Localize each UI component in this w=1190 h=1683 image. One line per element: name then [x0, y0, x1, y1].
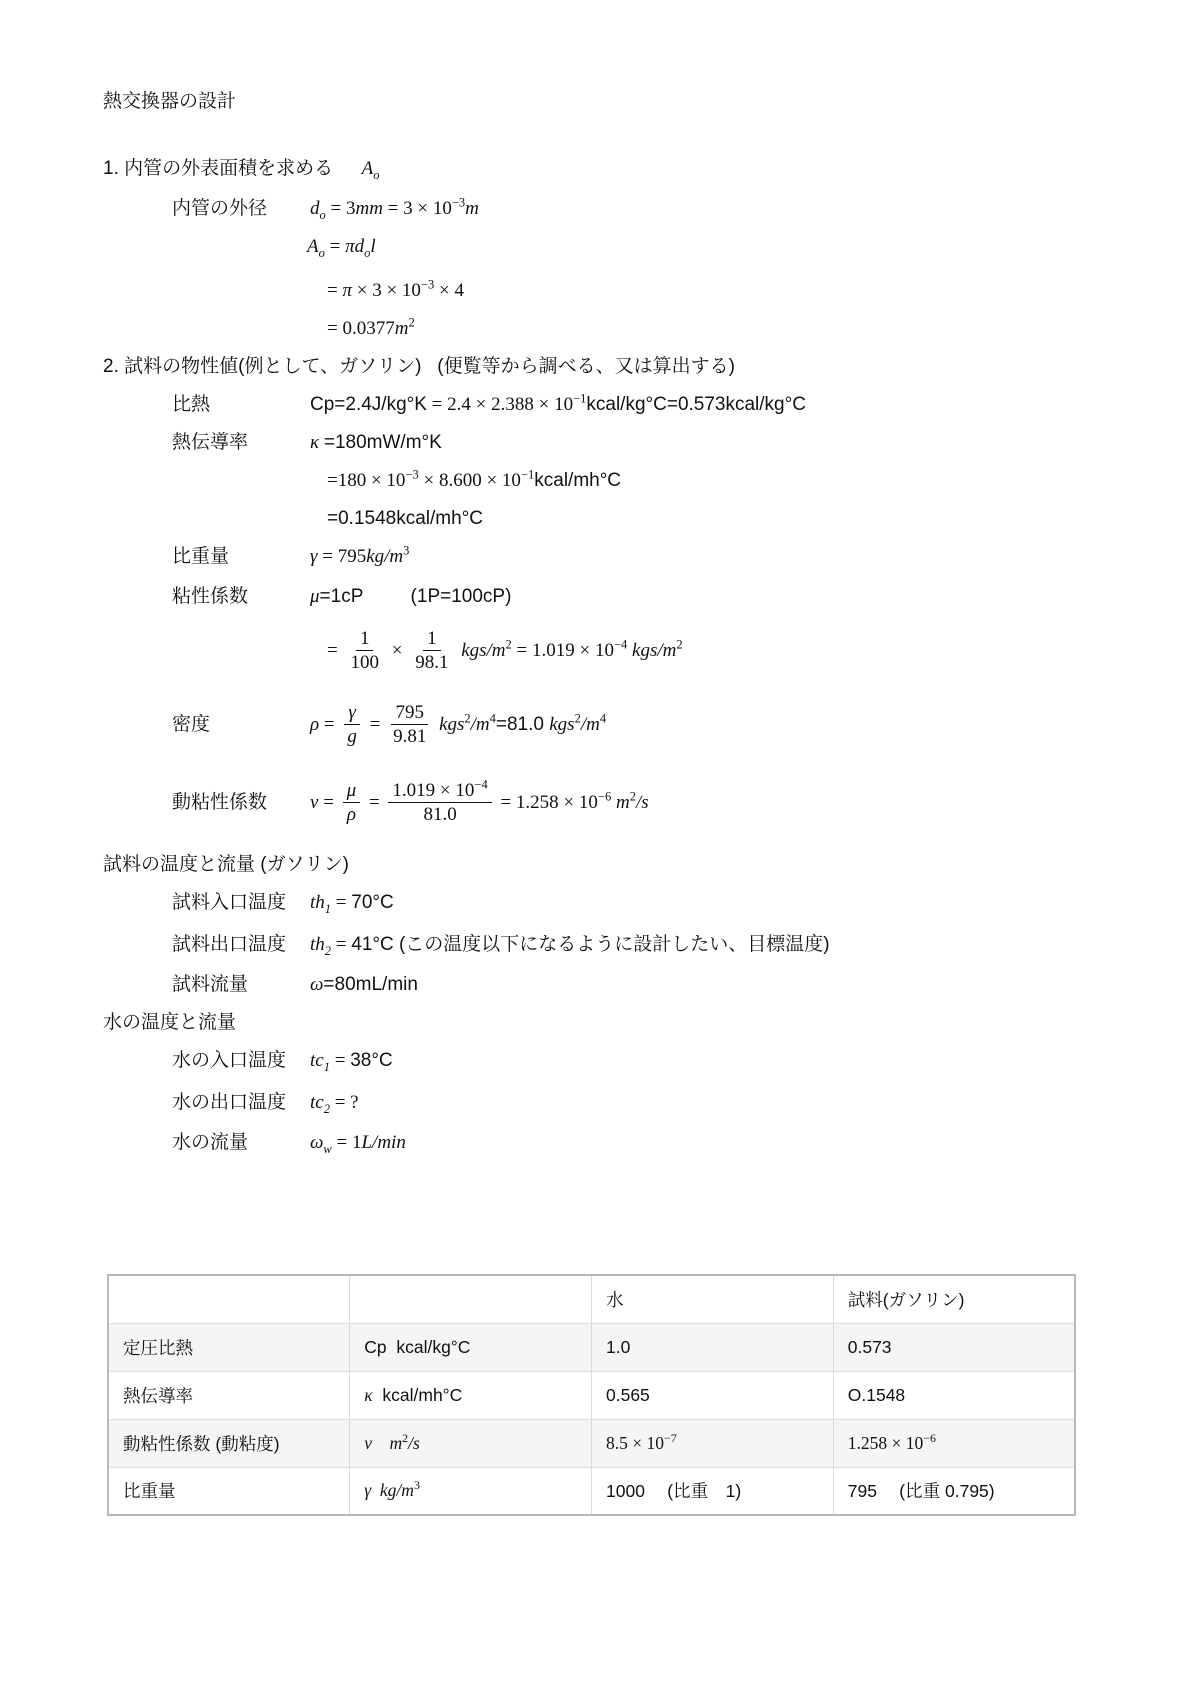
- text-segment: m: [465, 198, 479, 219]
- text-segment: /m: [581, 714, 600, 735]
- text-segment: = 2.4 × 2.388 × 10: [427, 394, 573, 415]
- text-segment: /s: [636, 792, 649, 813]
- section-2-heading: 2. 試料の物性値(例として、ガソリン) (便覧等から調べる、又は算出する): [103, 348, 1130, 386]
- text-segment: × 3 × 10: [352, 280, 421, 301]
- subscript: w: [323, 1142, 331, 1156]
- formula: ωw = 1L/min: [310, 1132, 406, 1153]
- text-segment: =180mW/m°K: [324, 432, 442, 453]
- doc-title: 熱交換器の設計: [103, 84, 1130, 120]
- formula: = 1100 × 198.1 kgs/m2 = 1.019 × 10−4 kgs…: [327, 640, 683, 661]
- document-page: 熱交換器の設計1. 内管の外表面積を求める Ao内管の外径do = 3mm = …: [0, 0, 1190, 1683]
- text-segment: kcal/kg°C=0.573kcal/kg°C: [586, 394, 806, 415]
- superscript: −6: [923, 1431, 936, 1445]
- table-cell: O.1548: [833, 1371, 1075, 1419]
- table-cell: Cp kcal/kg°C: [350, 1323, 592, 1371]
- text-segment: =80mL/min: [323, 974, 418, 995]
- superscript: −1: [521, 468, 534, 482]
- fraction: μρ: [343, 779, 361, 828]
- table-cell: 定圧比熱: [108, 1323, 350, 1371]
- text-segment: m: [395, 318, 409, 339]
- formula: th1 = 70°C: [310, 892, 394, 913]
- text-segment: 795: [395, 702, 424, 723]
- text-segment: 795 (比重 0.795): [848, 1481, 995, 1501]
- line-label: 動粘性係数: [172, 768, 310, 838]
- text-segment: 動粘性係数 (動粘度): [123, 1434, 280, 1454]
- text-segment: × 8.600 × 10: [419, 470, 521, 491]
- line-sample-inlet-temp: 試料入口温度th1 = 70°C: [103, 884, 1130, 922]
- superscript: −4: [614, 638, 627, 652]
- text-segment: =180 × 10: [327, 470, 405, 491]
- section-1-heading: 1. 内管の外表面積を求める Ao: [103, 150, 1130, 188]
- text-segment: Cp kcal/kg°C: [364, 1337, 470, 1357]
- superscript: 3: [414, 1478, 420, 1492]
- text-segment: ρ: [310, 714, 319, 735]
- text-segment: 水の温度と流量: [103, 1012, 236, 1033]
- text-segment: =81.0: [496, 714, 549, 735]
- text-segment: 2. 試料の物性値(例として、ガソリン) (便覧等から調べる、又は算出する): [103, 356, 735, 377]
- text-segment: γ: [310, 546, 318, 567]
- text-segment: kgs/m: [627, 640, 676, 661]
- text-segment: 0.573: [848, 1337, 892, 1357]
- text-segment: =0.1548kcal/mh°C: [327, 508, 483, 529]
- text-segment: kcal/mh°C: [373, 1385, 463, 1405]
- text-segment: kg/m: [371, 1480, 414, 1500]
- text-segment: A: [362, 158, 374, 179]
- text-segment: 定圧比熱: [123, 1338, 193, 1358]
- text-segment: = 795: [318, 546, 367, 567]
- line-density: 密度ρ = γg = 7959.81 kgs2/m4=81.0 kgs2/m4: [103, 690, 1130, 760]
- fraction: 198.1: [411, 627, 452, 676]
- line-specific-weight: 比重量γ = 795kg/m3: [103, 538, 1130, 576]
- text-segment: tc: [310, 1092, 324, 1113]
- text-segment: = 1.258 × 10: [496, 792, 598, 813]
- properties-table-wrap: 水試料(ガソリン) 定圧比熱Cp kcal/kg°C1.00.573熱伝導率κ …: [107, 1274, 1130, 1516]
- text-segment: =: [325, 236, 345, 257]
- superscript: −3: [452, 196, 465, 210]
- text-segment: tc: [310, 1050, 324, 1071]
- text-segment: kcal/mh°C: [534, 470, 621, 491]
- fraction: γg: [343, 701, 361, 750]
- formula: 熱交換器の設計: [103, 91, 236, 112]
- line-specific-heat: 比熱Cp=2.4J/kg°K = 2.4 × 2.388 × 10−1kcal/…: [103, 386, 1130, 424]
- table-cell: 8.5 × 10−7: [592, 1419, 834, 1467]
- line-water-outlet-temp: 水の出口温度tc2 = ?: [103, 1084, 1130, 1122]
- text-segment: = ?: [330, 1092, 359, 1113]
- text-segment: ρ: [347, 804, 356, 825]
- formula: ω=80mL/min: [310, 974, 418, 995]
- line-label: 粘性係数: [172, 578, 310, 616]
- text-segment: πd: [345, 236, 364, 257]
- table-cell: 0.573: [833, 1323, 1075, 1371]
- text-segment: 1.0: [606, 1337, 630, 1357]
- text-segment: κ: [364, 1385, 372, 1405]
- properties-table-head: 水試料(ガソリン): [108, 1275, 1075, 1323]
- text-segment: d: [310, 198, 320, 219]
- document-body: 熱交換器の設計1. 内管の外表面積を求める Ao内管の外径do = 3mm = …: [103, 84, 1130, 1162]
- line-ao-formula: Ao = πdol: [103, 228, 1130, 266]
- line-viscosity-calc: = 1100 × 198.1 kgs/m2 = 1.019 × 10−4 kgs…: [103, 616, 1130, 686]
- formula: 水の温度と流量: [103, 1012, 236, 1033]
- formula: =0.1548kcal/mh°C: [327, 508, 483, 529]
- formula: μ=1cP (1P=100cP): [310, 586, 511, 607]
- text-segment: O.1548: [848, 1385, 905, 1405]
- text-segment: kgs: [434, 714, 464, 735]
- table-cell: ν m2/s: [350, 1419, 592, 1467]
- superscript: 3: [403, 544, 409, 558]
- text-segment: 1000 (比重 1): [606, 1481, 741, 1501]
- formula: ν = μρ = 1.019 × 10−481.0 = 1.258 × 10−6…: [310, 792, 649, 813]
- formula: κ =180mW/m°K: [310, 432, 442, 453]
- formula: tc1 = 38°C: [310, 1050, 393, 1071]
- subscript: o: [373, 168, 379, 182]
- table-header-cell: 試料(ガソリン): [833, 1275, 1075, 1323]
- text-segment: 38°C: [350, 1050, 392, 1071]
- table-row: 定圧比熱Cp kcal/kg°C1.00.573: [108, 1323, 1075, 1371]
- text-segment: =: [364, 792, 384, 813]
- line-label: 内管の外径: [172, 190, 310, 228]
- text-segment: 試料(ガソリン): [848, 1290, 965, 1310]
- fraction: 7959.81: [389, 701, 430, 750]
- text-segment: L/min: [361, 1132, 405, 1153]
- text-segment: 8.5 × 10: [606, 1433, 664, 1453]
- formula: Cp=2.4J/kg°K = 2.4 × 2.388 × 10−1kcal/kg…: [310, 394, 806, 415]
- text-segment: 熱伝導率: [123, 1386, 193, 1406]
- table-cell: 熱伝導率: [108, 1371, 350, 1419]
- text-segment: 熱交換器の設計: [103, 91, 236, 112]
- formula: = 0.0377m2: [327, 318, 415, 339]
- formula: ρ = γg = 7959.81 kgs2/m4=81.0 kgs2/m4: [310, 714, 606, 735]
- text-segment: =1cP (1P=100cP): [320, 586, 512, 607]
- table-row: 比重量γ kg/m31000 (比重 1)795 (比重 0.795): [108, 1467, 1075, 1515]
- text-segment: kg/m: [366, 546, 403, 567]
- text-segment: Cp=2.4J/kg°K: [310, 394, 427, 415]
- text-segment: mm: [355, 198, 382, 219]
- text-segment: th: [310, 892, 325, 913]
- line-label: 試料流量: [172, 966, 310, 1004]
- superscript: −7: [664, 1431, 677, 1445]
- text-segment: th: [310, 934, 325, 955]
- line-thermal-conductivity-result: =0.1548kcal/mh°C: [103, 500, 1130, 538]
- text-segment: 1.258 × 10: [848, 1433, 924, 1453]
- formula: 2. 試料の物性値(例として、ガソリン) (便覧等から調べる、又は算出する): [103, 356, 735, 377]
- line-label: 比重量: [172, 538, 310, 576]
- text-segment: =: [327, 640, 342, 661]
- line-label: 水の出口温度: [172, 1084, 310, 1122]
- line-label: 密度: [172, 690, 310, 760]
- text-segment: 水: [606, 1290, 624, 1310]
- text-segment: l: [370, 236, 375, 257]
- text-segment: m: [372, 1433, 402, 1453]
- text-segment: 41°C (この温度以下になるように設計したい、目標温度): [351, 934, 829, 955]
- text-segment: = 0.0377: [327, 318, 395, 339]
- text-segment: g: [347, 726, 357, 747]
- formula: 1. 内管の外表面積を求める Ao: [103, 158, 380, 179]
- text-segment: 70°C: [351, 892, 393, 913]
- line-ao-result: = 0.0377m2: [103, 310, 1130, 348]
- superscript: −3: [421, 278, 434, 292]
- table-header-cell: [350, 1275, 592, 1323]
- table-cell: 比重量: [108, 1467, 350, 1515]
- text-segment: = 1.019 × 10: [512, 640, 614, 661]
- text-segment: 1.019 × 10: [392, 780, 474, 801]
- text-segment: 1: [360, 628, 370, 649]
- text-segment: = 3 × 10: [383, 198, 452, 219]
- text-segment: 9.81: [393, 726, 426, 747]
- text-segment: ω: [310, 974, 323, 995]
- text-segment: [333, 158, 362, 179]
- fraction: 1100: [346, 627, 383, 676]
- line-label: 試料出口温度: [172, 926, 310, 964]
- text-segment: κ: [310, 432, 324, 453]
- text-segment: 0.565: [606, 1385, 650, 1405]
- text-segment: = 3: [326, 198, 356, 219]
- line-thermal-conductivity-calc: =180 × 10−3 × 8.600 × 10−1kcal/mh°C: [103, 462, 1130, 500]
- table-cell: 1.258 × 10−6: [833, 1419, 1075, 1467]
- table-cell: 795 (比重 0.795): [833, 1467, 1075, 1515]
- superscript: 2: [676, 638, 682, 652]
- formula: = π × 3 × 10−3 × 4: [327, 280, 464, 301]
- line-label: 水の入口温度: [172, 1042, 310, 1080]
- line-sample-outlet-temp: 試料出口温度th2 = 41°C (この温度以下になるように設計したい、目標温度…: [103, 926, 1130, 964]
- properties-table-body: 定圧比熱Cp kcal/kg°C1.00.573熱伝導率κ kcal/mh°C0…: [108, 1323, 1075, 1515]
- text-segment: =: [365, 714, 385, 735]
- text-segment: 1: [427, 628, 437, 649]
- text-segment: =: [318, 792, 338, 813]
- text-segment: 比重量: [123, 1481, 176, 1501]
- properties-table: 水試料(ガソリン) 定圧比熱Cp kcal/kg°C1.00.573熱伝導率κ …: [107, 1274, 1076, 1516]
- table-cell: 0.565: [592, 1371, 834, 1419]
- text-segment: = 1: [332, 1132, 362, 1153]
- line-label: 比熱: [172, 386, 310, 424]
- line-label: 水の流量: [172, 1124, 310, 1162]
- text-segment: =: [330, 1050, 350, 1071]
- text-segment: ν: [364, 1433, 372, 1453]
- text-segment: μ: [347, 780, 357, 801]
- text-segment: π: [342, 280, 352, 301]
- line-thermal-conductivity: 熱伝導率κ =180mW/m°K: [103, 424, 1130, 462]
- text-segment: 98.1: [415, 652, 448, 673]
- table-header-cell: 水: [592, 1275, 834, 1323]
- text-segment: =: [331, 934, 351, 955]
- heading-sample-temp-flow: 試料の温度と流量 (ガソリン): [103, 846, 1130, 884]
- text-segment: 100: [350, 652, 379, 673]
- text-segment: × 4: [434, 280, 464, 301]
- table-cell: 動粘性係数 (動粘度): [108, 1419, 350, 1467]
- line-label: 熱伝導率: [172, 424, 310, 462]
- line-inner-pipe-outer-diameter: 内管の外径do = 3mm = 3 × 10−3m: [103, 190, 1130, 228]
- fraction: 1.019 × 10−481.0: [388, 779, 491, 828]
- table-row: 動粘性係数 (動粘度)ν m2/s8.5 × 10−71.258 × 10−6: [108, 1419, 1075, 1467]
- formula: do = 3mm = 3 × 10−3m: [310, 198, 479, 219]
- text-segment: =: [327, 280, 342, 301]
- text-segment: =: [319, 714, 339, 735]
- superscript: −3: [405, 468, 418, 482]
- table-cell: γ kg/m3: [350, 1467, 592, 1515]
- table-row: 熱伝導率κ kcal/mh°C0.565O.1548: [108, 1371, 1075, 1419]
- line-kinematic-viscosity: 動粘性係数ν = μρ = 1.019 × 10−481.0 = 1.258 ×…: [103, 768, 1130, 838]
- text-segment: =: [331, 892, 351, 913]
- table-cell: 1.0: [592, 1323, 834, 1371]
- line-viscosity: 粘性係数μ=1cP (1P=100cP): [103, 578, 1130, 616]
- formula: 試料の温度と流量 (ガソリン): [103, 854, 349, 875]
- text-segment: kgs/m: [456, 640, 505, 661]
- formula: th2 = 41°C (この温度以下になるように設計したい、目標温度): [310, 934, 830, 955]
- text-segment: ω: [310, 1132, 323, 1153]
- formula: γ = 795kg/m3: [310, 546, 409, 567]
- text-segment: m: [611, 792, 629, 813]
- line-ao-calc: = π × 3 × 10−3 × 4: [103, 272, 1130, 310]
- superscript: −4: [474, 777, 487, 791]
- formula: tc2 = ?: [310, 1092, 359, 1113]
- heading-water-temp-flow: 水の温度と流量: [103, 1004, 1130, 1042]
- table-header-cell: [108, 1275, 350, 1323]
- text-segment: γ: [348, 702, 356, 723]
- line-sample-flow: 試料流量ω=80mL/min: [103, 966, 1130, 1004]
- text-segment: /s: [408, 1433, 420, 1453]
- text-segment: ×: [387, 640, 407, 661]
- text-segment: A: [307, 236, 319, 257]
- superscript: −6: [598, 790, 611, 804]
- text-segment: /m: [471, 714, 490, 735]
- formula: =180 × 10−3 × 8.600 × 10−1kcal/mh°C: [327, 470, 621, 491]
- text-segment: 試料の温度と流量 (ガソリン): [103, 854, 349, 875]
- table-header-row: 水試料(ガソリン): [108, 1275, 1075, 1323]
- table-cell: 1000 (比重 1): [592, 1467, 834, 1515]
- superscript: 4: [600, 712, 606, 726]
- text-segment: μ: [310, 586, 320, 607]
- line-label: 試料入口温度: [172, 884, 310, 922]
- table-cell: κ kcal/mh°C: [350, 1371, 592, 1419]
- line-water-flow: 水の流量ωw = 1L/min: [103, 1124, 1130, 1162]
- line-water-inlet-temp: 水の入口温度tc1 = 38°C: [103, 1042, 1130, 1080]
- superscript: 2: [408, 316, 414, 330]
- text-segment: 81.0: [423, 804, 456, 825]
- text-segment: 1. 内管の外表面積を求める: [103, 158, 333, 179]
- formula: Ao = πdol: [307, 236, 376, 257]
- superscript: −1: [573, 392, 586, 406]
- text-segment: kgs: [549, 714, 574, 735]
